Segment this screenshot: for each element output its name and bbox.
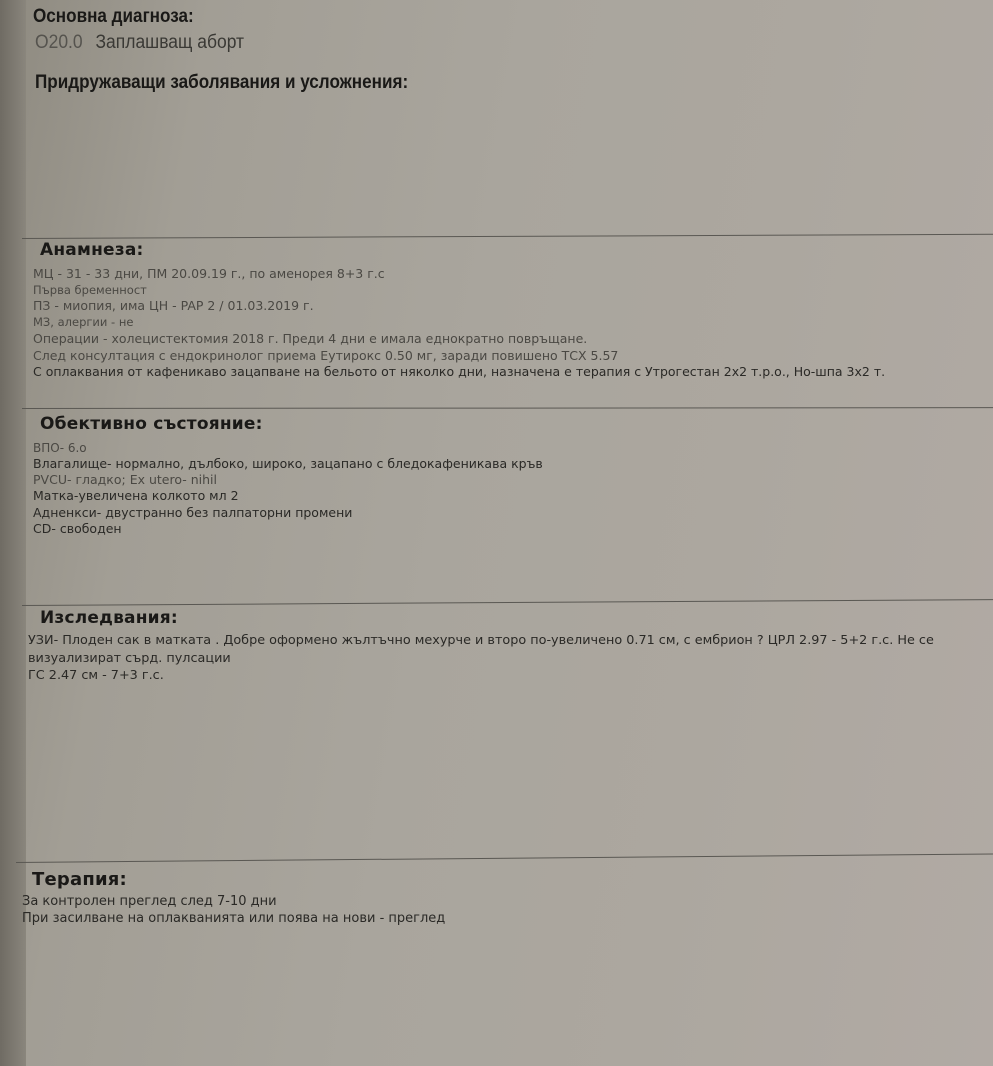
objective-line: Влагалище- нормално, дълбоко, широко, за… xyxy=(33,456,543,472)
therapy-line: За контролен преглед след 7-10 дни xyxy=(22,894,277,910)
section-divider xyxy=(16,853,993,863)
anamnesis-line: С оплаквания от кафеникаво зацапване на … xyxy=(33,364,885,380)
objective-line: Адненкси- двустранно без палпаторни пром… xyxy=(33,505,352,521)
main-diagnosis-heading: Основна диагноза: xyxy=(33,6,194,28)
objective-status-heading: Обективно състояние: xyxy=(40,414,263,434)
diagnosis-text: Заплашващ аборт xyxy=(96,32,245,53)
anamnesis-line: ПЗ - миопия, има ЦН - PAP 2 / 01.03.2019… xyxy=(33,298,314,314)
investigation-line: ГС 2.47 см - 7+3 г.с. xyxy=(28,668,164,684)
comorbidities-heading: Придружаващи заболявания и усложнения: xyxy=(35,72,408,94)
objective-line: ВПО- 6.о xyxy=(33,440,87,456)
objective-line: Матка-увеличена колкото мл 2 xyxy=(33,488,239,504)
section-divider xyxy=(22,599,993,606)
anamnesis-line: МЗ, алергии - не xyxy=(33,314,133,330)
objective-line: CD- свободен xyxy=(33,521,122,537)
anamnesis-line: Първа бременност xyxy=(33,282,147,298)
diagnosis-code: O20.0 xyxy=(35,32,83,53)
main-diagnosis-value: O20.0Заплашващ аборт xyxy=(35,32,244,54)
anamnesis-line: След консултация с ендокринолог приема Е… xyxy=(33,348,618,364)
investigation-line: визуализират сърд. пулсации xyxy=(28,651,231,667)
objective-line: PVCU- гладко; Ex utero- nihil xyxy=(33,472,217,488)
section-divider xyxy=(22,234,993,239)
anamnesis-line: МЦ - 31 - 33 дни, ПМ 20.09.19 г., по аме… xyxy=(33,266,385,282)
anamnesis-line: Операции - холецистектомия 2018 г. Преди… xyxy=(33,331,587,347)
therapy-heading: Терапия: xyxy=(32,869,127,890)
section-divider xyxy=(22,407,993,409)
anamnesis-heading: Анамнеза: xyxy=(40,240,144,260)
therapy-line: При засилване на оплакванията или поява … xyxy=(22,911,445,927)
investigations-heading: Изследвания: xyxy=(40,608,178,628)
investigation-line: УЗИ- Плоден сак в матката . Добре оформе… xyxy=(28,633,934,649)
